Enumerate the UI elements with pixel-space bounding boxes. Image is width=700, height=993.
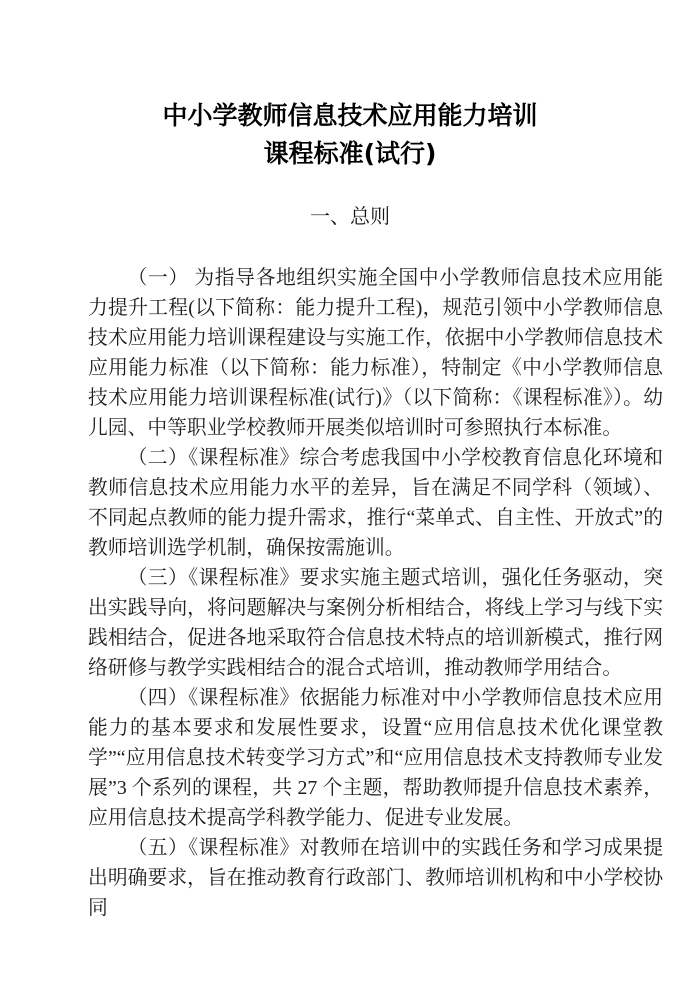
title-line-1: 中小学教师信息技术应用能力培训: [0, 97, 700, 135]
document-body: （一） 为指导各地组织实施全国中小学教师信息技术应用能力提升工程(以下简称：能力…: [88, 263, 663, 923]
paragraph-1: （一） 为指导各地组织实施全国中小学教师信息技术应用能力提升工程(以下简称：能力…: [88, 263, 663, 443]
section-heading: 一、总则: [0, 202, 700, 230]
paragraph-4: （四）《课程标准》依据能力标准对中小学教师信息技术应用能力的基本要求和发展性要求…: [88, 683, 663, 833]
title-line-2: 课程标准(试行): [0, 135, 700, 173]
paragraph-3: （三）《课程标准》要求实施主题式培训，强化任务驱动，突出实践导向，将问题解决与案…: [88, 563, 663, 683]
paragraph-2: （二）《课程标准》综合考虑我国中小学校教育信息化环境和教师信息技术应用能力水平的…: [88, 443, 663, 563]
document-title: 中小学教师信息技术应用能力培训 课程标准(试行): [0, 97, 700, 173]
paragraph-5: （五）《课程标准》对教师在培训中的实践任务和学习成果提出明确要求，旨在推动教育行…: [88, 833, 663, 923]
document-page: 中小学教师信息技术应用能力培训 课程标准(试行) 一、总则 （一） 为指导各地组…: [0, 0, 700, 993]
